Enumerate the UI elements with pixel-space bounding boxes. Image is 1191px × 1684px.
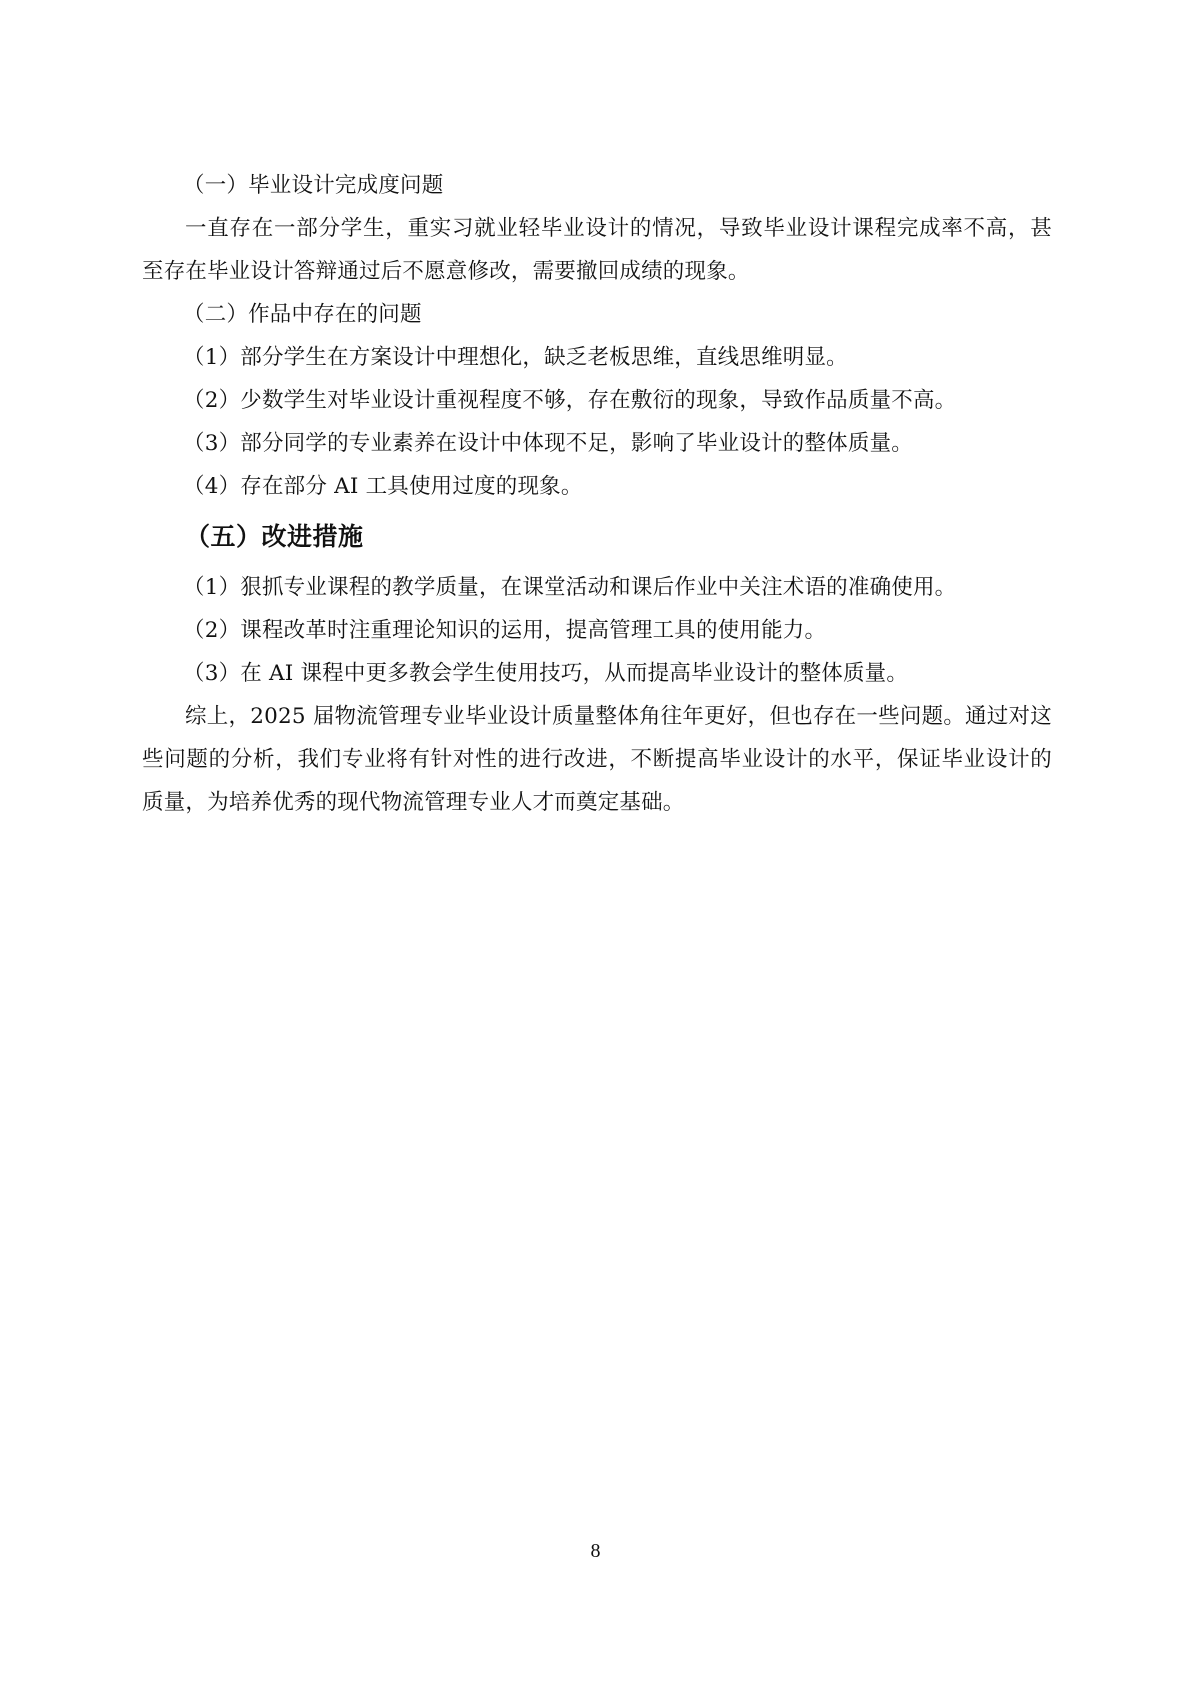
subheading-completion-issue: （一）毕业设计完成度问题 — [142, 164, 1052, 207]
list-item-issue-2: （2）少数学生对毕业设计重视程度不够，存在敷衍的现象，导致作品质量不高。 — [142, 379, 1052, 422]
list-item-measure-3: （3）在 AI 课程中更多教会学生使用技巧，从而提高毕业设计的整体质量。 — [142, 652, 1052, 695]
page-body: （一）毕业设计完成度问题 一直存在一部分学生，重实习就业轻毕业设计的情况，导致毕… — [142, 164, 1052, 824]
conclusion-paragraph: 综上，2025 届物流管理专业毕业设计质量整体角往年更好，但也存在一些问题。通过… — [142, 695, 1052, 824]
section-heading-improvement: （五）改进措施 — [142, 522, 1052, 552]
list-item-measure-1: （1）狠抓专业课程的教学质量，在课堂活动和课后作业中关注术语的准确使用。 — [142, 566, 1052, 609]
list-item-issue-3: （3）部分同学的专业素养在设计中体现不足，影响了毕业设计的整体质量。 — [142, 422, 1052, 465]
list-item-measure-2: （2）课程改革时注重理论知识的运用，提高管理工具的使用能力。 — [142, 609, 1052, 652]
list-item-issue-4: （4）存在部分 AI 工具使用过度的现象。 — [142, 465, 1052, 508]
document-page: （一）毕业设计完成度问题 一直存在一部分学生，重实习就业轻毕业设计的情况，导致毕… — [0, 0, 1191, 1684]
subheading-work-issues: （二）作品中存在的问题 — [142, 293, 1052, 336]
paragraph-completion-issue: 一直存在一部分学生，重实习就业轻毕业设计的情况，导致毕业设计课程完成率不高，甚至… — [142, 207, 1052, 293]
list-item-issue-1: （1）部分学生在方案设计中理想化，缺乏老板思维，直线思维明显。 — [142, 336, 1052, 379]
page-number: 8 — [0, 1540, 1191, 1563]
